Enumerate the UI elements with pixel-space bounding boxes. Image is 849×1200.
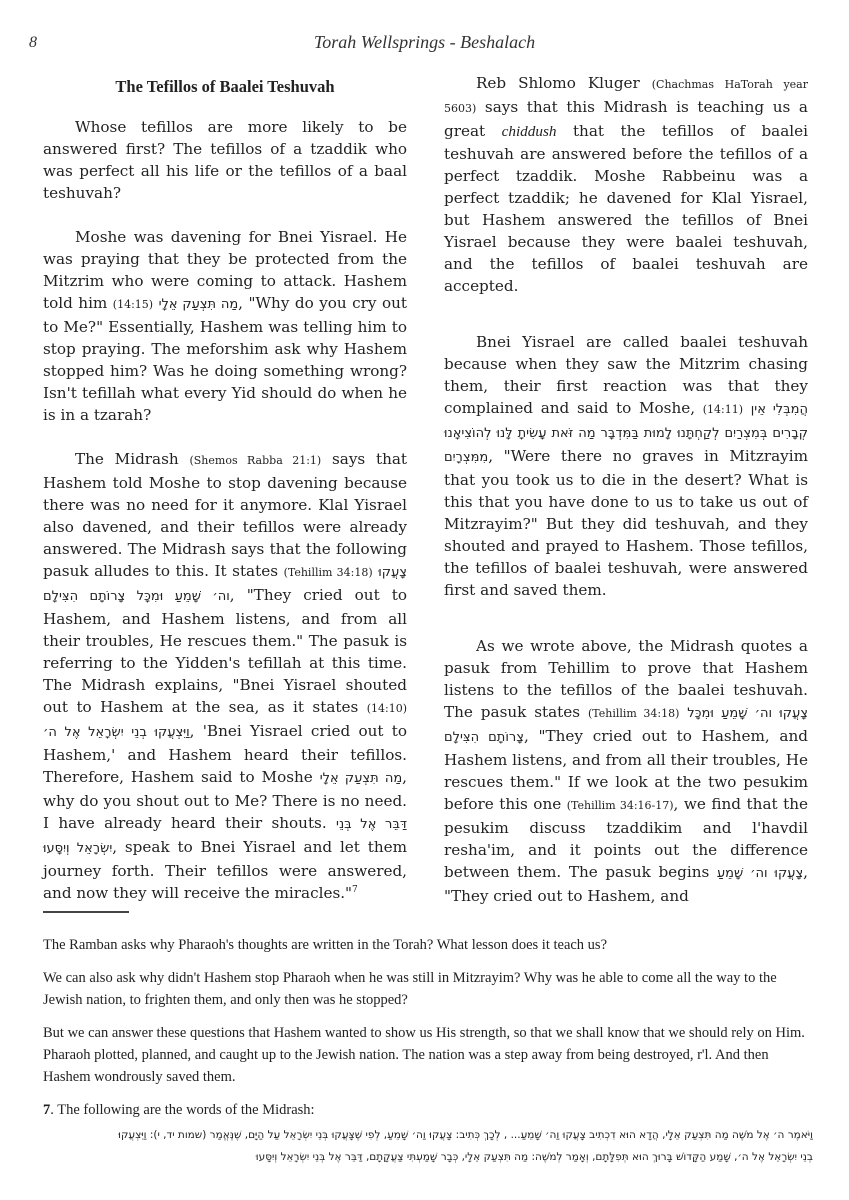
- footnote-hebrew-line: וַיֹּאמֶר ה׳ אֶל מֹשֶׁה מַה תִּצְעַק אֵל…: [43, 1125, 813, 1145]
- footnote-paragraph: The Ramban asks why Pharaoh's thoughts a…: [43, 934, 813, 956]
- paragraph: As we wrote above, the Midrash quotes a …: [444, 635, 808, 907]
- source-citation: (Tehillim 34:18): [284, 566, 373, 579]
- running-title: Torah Wellsprings - Beshalach: [0, 32, 849, 53]
- hebrew-quote: מַה תִּצְעַק אֵלָי: [320, 771, 402, 786]
- source-citation: (14:15): [113, 298, 153, 311]
- hebrew-quote: וַיִּצְעֲקוּ בְנֵי יִשְׂרָאֵל אֶל ה׳: [43, 725, 190, 740]
- footnote-7: 7. The following are the words of the Mi…: [43, 1099, 813, 1121]
- hebrew-quote: צָעֲקוּ וה׳ שָׁמֵעַ: [717, 866, 803, 881]
- italic-term: chiddush: [502, 123, 557, 140]
- left-column: The Tefillos of Baalei Teshuvah Whose te…: [43, 72, 407, 926]
- hebrew-quote: מַה תִּצְעַק אֵלָי: [159, 297, 239, 312]
- paragraph: Bnei Yisrael are called baalei teshuvah …: [444, 331, 808, 601]
- footnote-reference[interactable]: 7: [352, 885, 358, 895]
- paragraph: Whose tefillos are more likely to be ans…: [43, 116, 407, 204]
- footnote-paragraph: We can also ask why didn't Hashem stop P…: [43, 967, 813, 1011]
- source-citation: (Shemos Rabba 21:1): [189, 454, 321, 467]
- source-citation: (14:11): [703, 403, 743, 416]
- paragraph: Reb Shlomo Kluger (Chachmas HaTorah year…: [444, 72, 808, 297]
- source-citation: (14:10): [367, 702, 407, 715]
- footnote-paragraph: But we can answer these questions that H…: [43, 1022, 813, 1088]
- footnote-divider: [43, 911, 129, 913]
- right-column: Reb Shlomo Kluger (Chachmas HaTorah year…: [444, 72, 808, 929]
- footnote-hebrew-line: בְנֵי יִשְׂרָאֵל אֶל ה׳, שָׁמַע הַקָּדוֹ…: [43, 1147, 813, 1167]
- source-citation: (Tehillim 34:18): [588, 707, 679, 720]
- paragraph: The Midrash (Shemos Rabba 21:1) says tha…: [43, 448, 407, 904]
- source-citation: (Tehillim 34:16-17): [567, 799, 674, 812]
- footnotes: The Ramban asks why Pharaoh's thoughts a…: [43, 934, 813, 1167]
- section-title: The Tefillos of Baalei Teshuvah: [43, 76, 407, 98]
- paragraph: Moshe was davening for Bnei Yisrael. He …: [43, 226, 407, 426]
